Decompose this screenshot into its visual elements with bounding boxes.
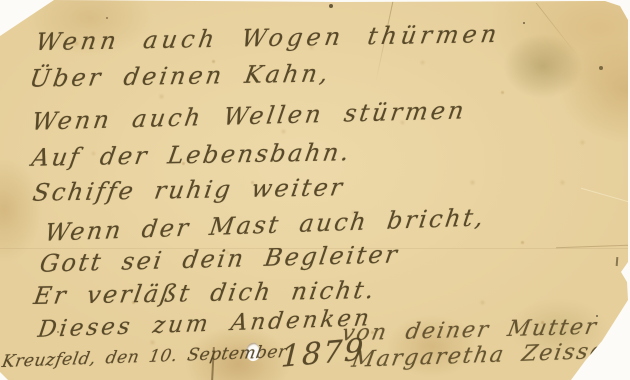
poem-line-6: Wenn der Mast auch bricht, <box>43 203 487 247</box>
poem-line-5: Schiffe ruhig weiter <box>31 173 347 207</box>
poem-line-3: Wenn auch Wellen stürmen <box>30 96 469 135</box>
poem-line-7: Gott sei dein Begleiter <box>38 240 401 278</box>
poem-line-2: Über deinen Kahn, <box>28 59 333 92</box>
foxing-spots <box>0 0 3 3</box>
poem-line-4: Auf der Lebensbahn. <box>30 138 354 172</box>
place-and-date: Kreuzfeld, den 10. September <box>0 342 288 372</box>
poem-line-8: Er verläßt dich nicht. <box>32 276 378 310</box>
paper-crease <box>581 188 630 205</box>
poem-line-1: Wenn auch Wogen thürmen <box>34 20 503 56</box>
pen-mark <box>616 257 618 266</box>
ink-specks <box>0 0 2 2</box>
scan-background: Wenn auch Wogen thürmen Über deinen Kahn… <box>0 0 630 380</box>
paper-sheet: Wenn auch Wogen thürmen Über deinen Kahn… <box>0 0 630 380</box>
paper-crease <box>536 3 577 56</box>
